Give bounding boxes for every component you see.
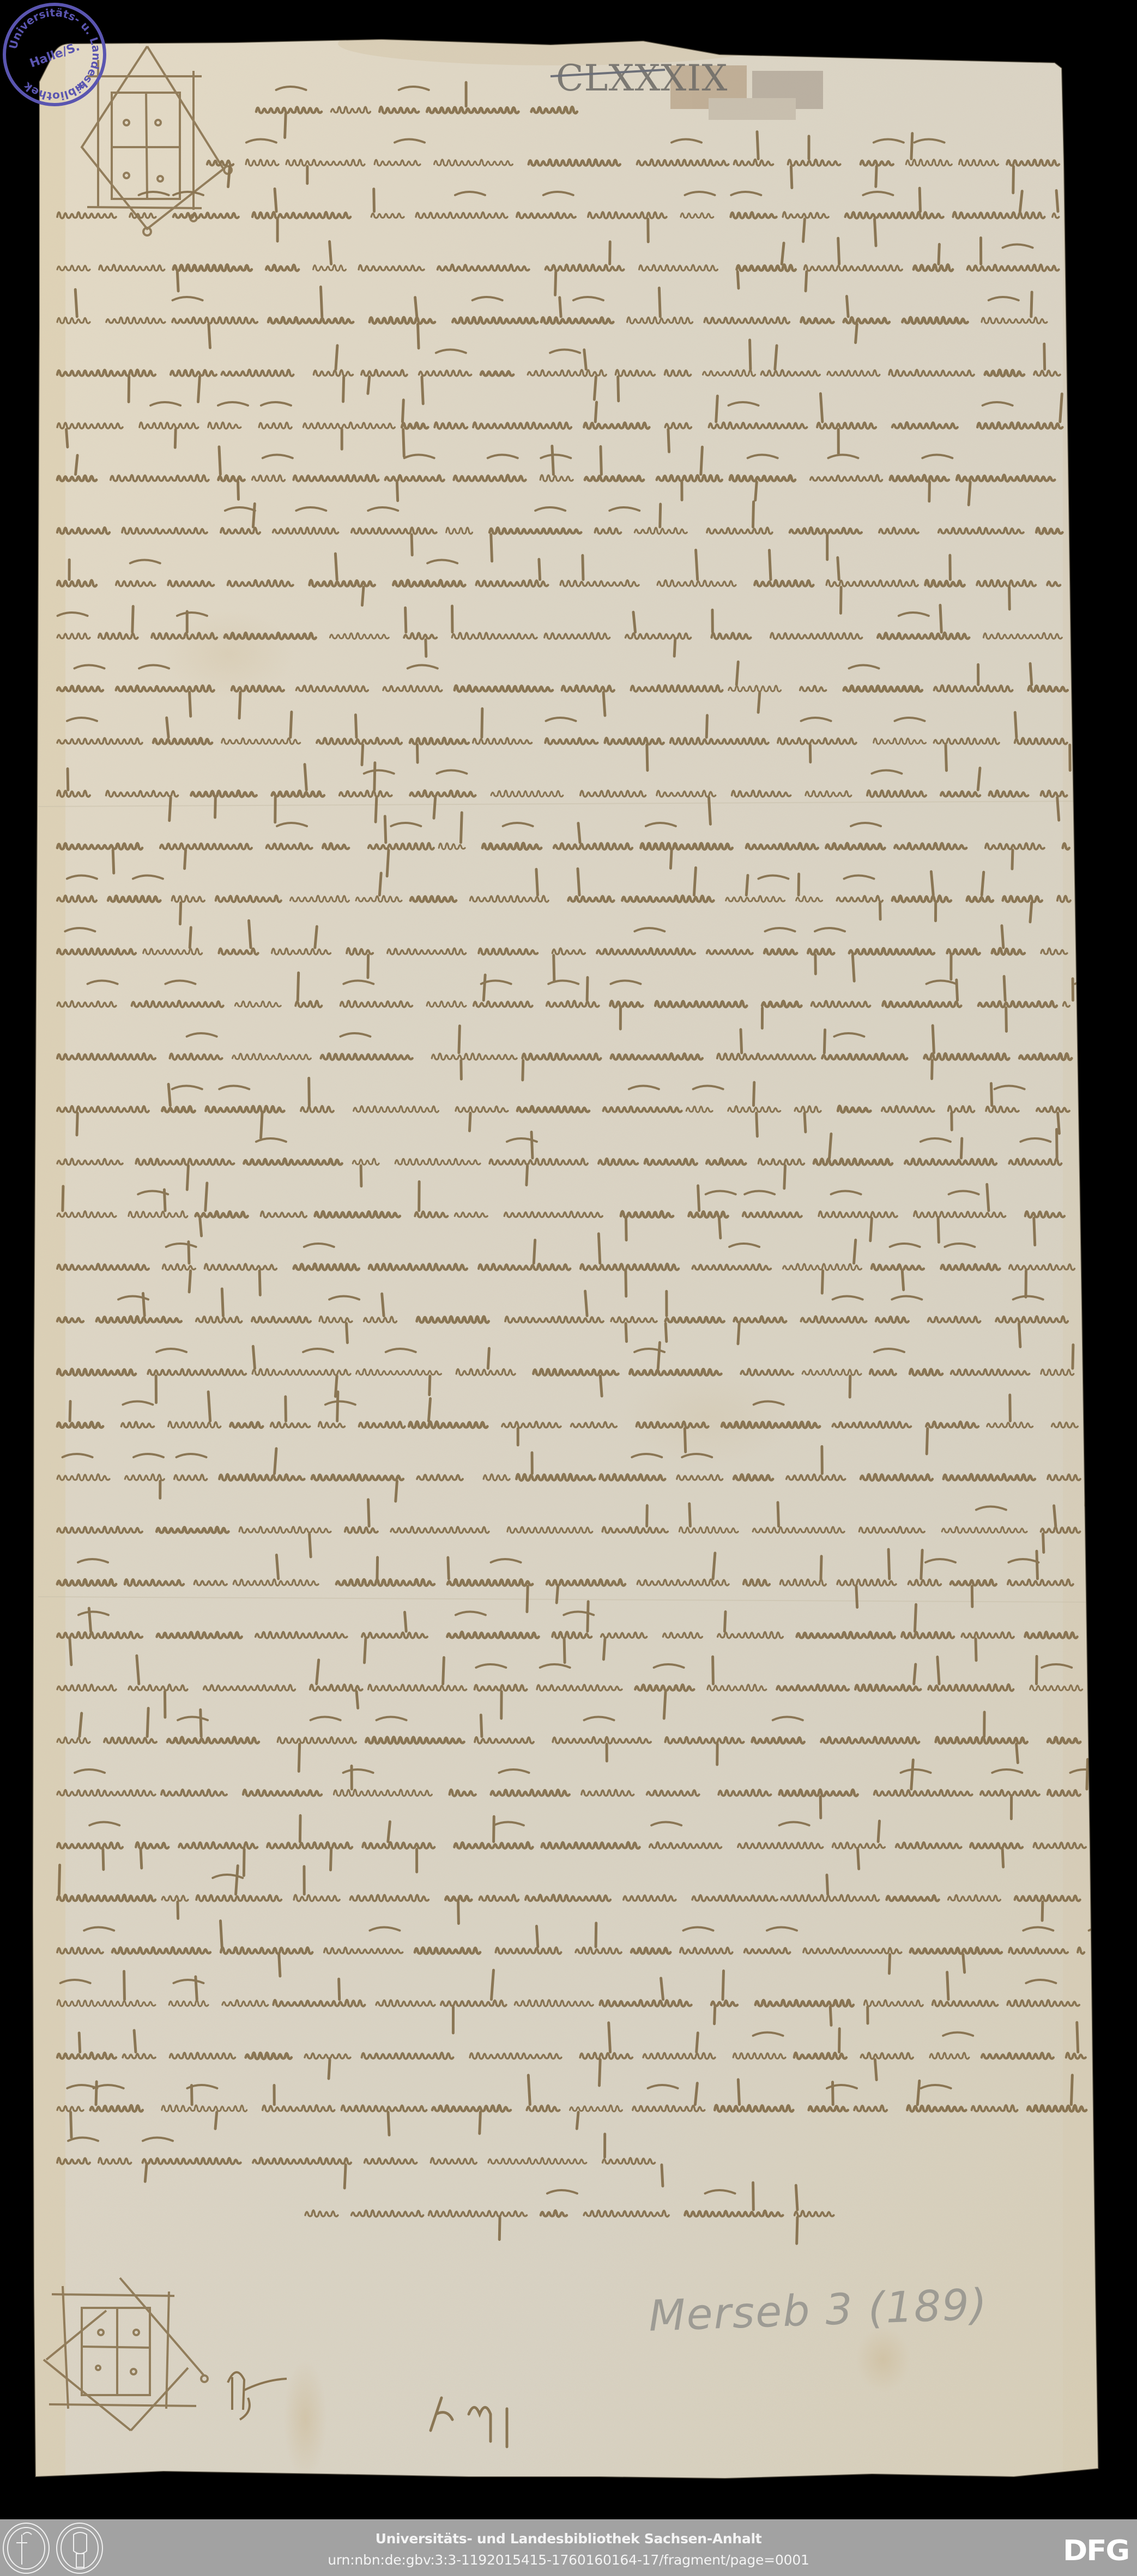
library-stamp: Universitäts- u. Landesbibliothek Halle/…: [0, 0, 109, 109]
parchment-image: [0, 0, 1137, 2519]
parchment-charter: CLXXXIX Merseb 3 (189) Universitäts- u. …: [0, 0, 1137, 2519]
svg-text:✱: ✱: [76, 81, 84, 93]
svg-text:Halle/S.: Halle/S.: [28, 40, 81, 70]
footer-bar: Universitäts- und Landesbibliothek Sachs…: [0, 2519, 1137, 2576]
institution-name: Universitäts- und Landesbibliothek Sachs…: [0, 2531, 1137, 2547]
urn-identifier: urn:nbn:de:gbv:3:3-1192015415-1760160164…: [0, 2552, 1137, 2568]
dfg-logo: DFG: [1063, 2535, 1129, 2567]
document-viewer: CLXXXIX Merseb 3 (189) Universitäts- u. …: [0, 0, 1137, 2519]
strike-through-line: [548, 66, 668, 83]
